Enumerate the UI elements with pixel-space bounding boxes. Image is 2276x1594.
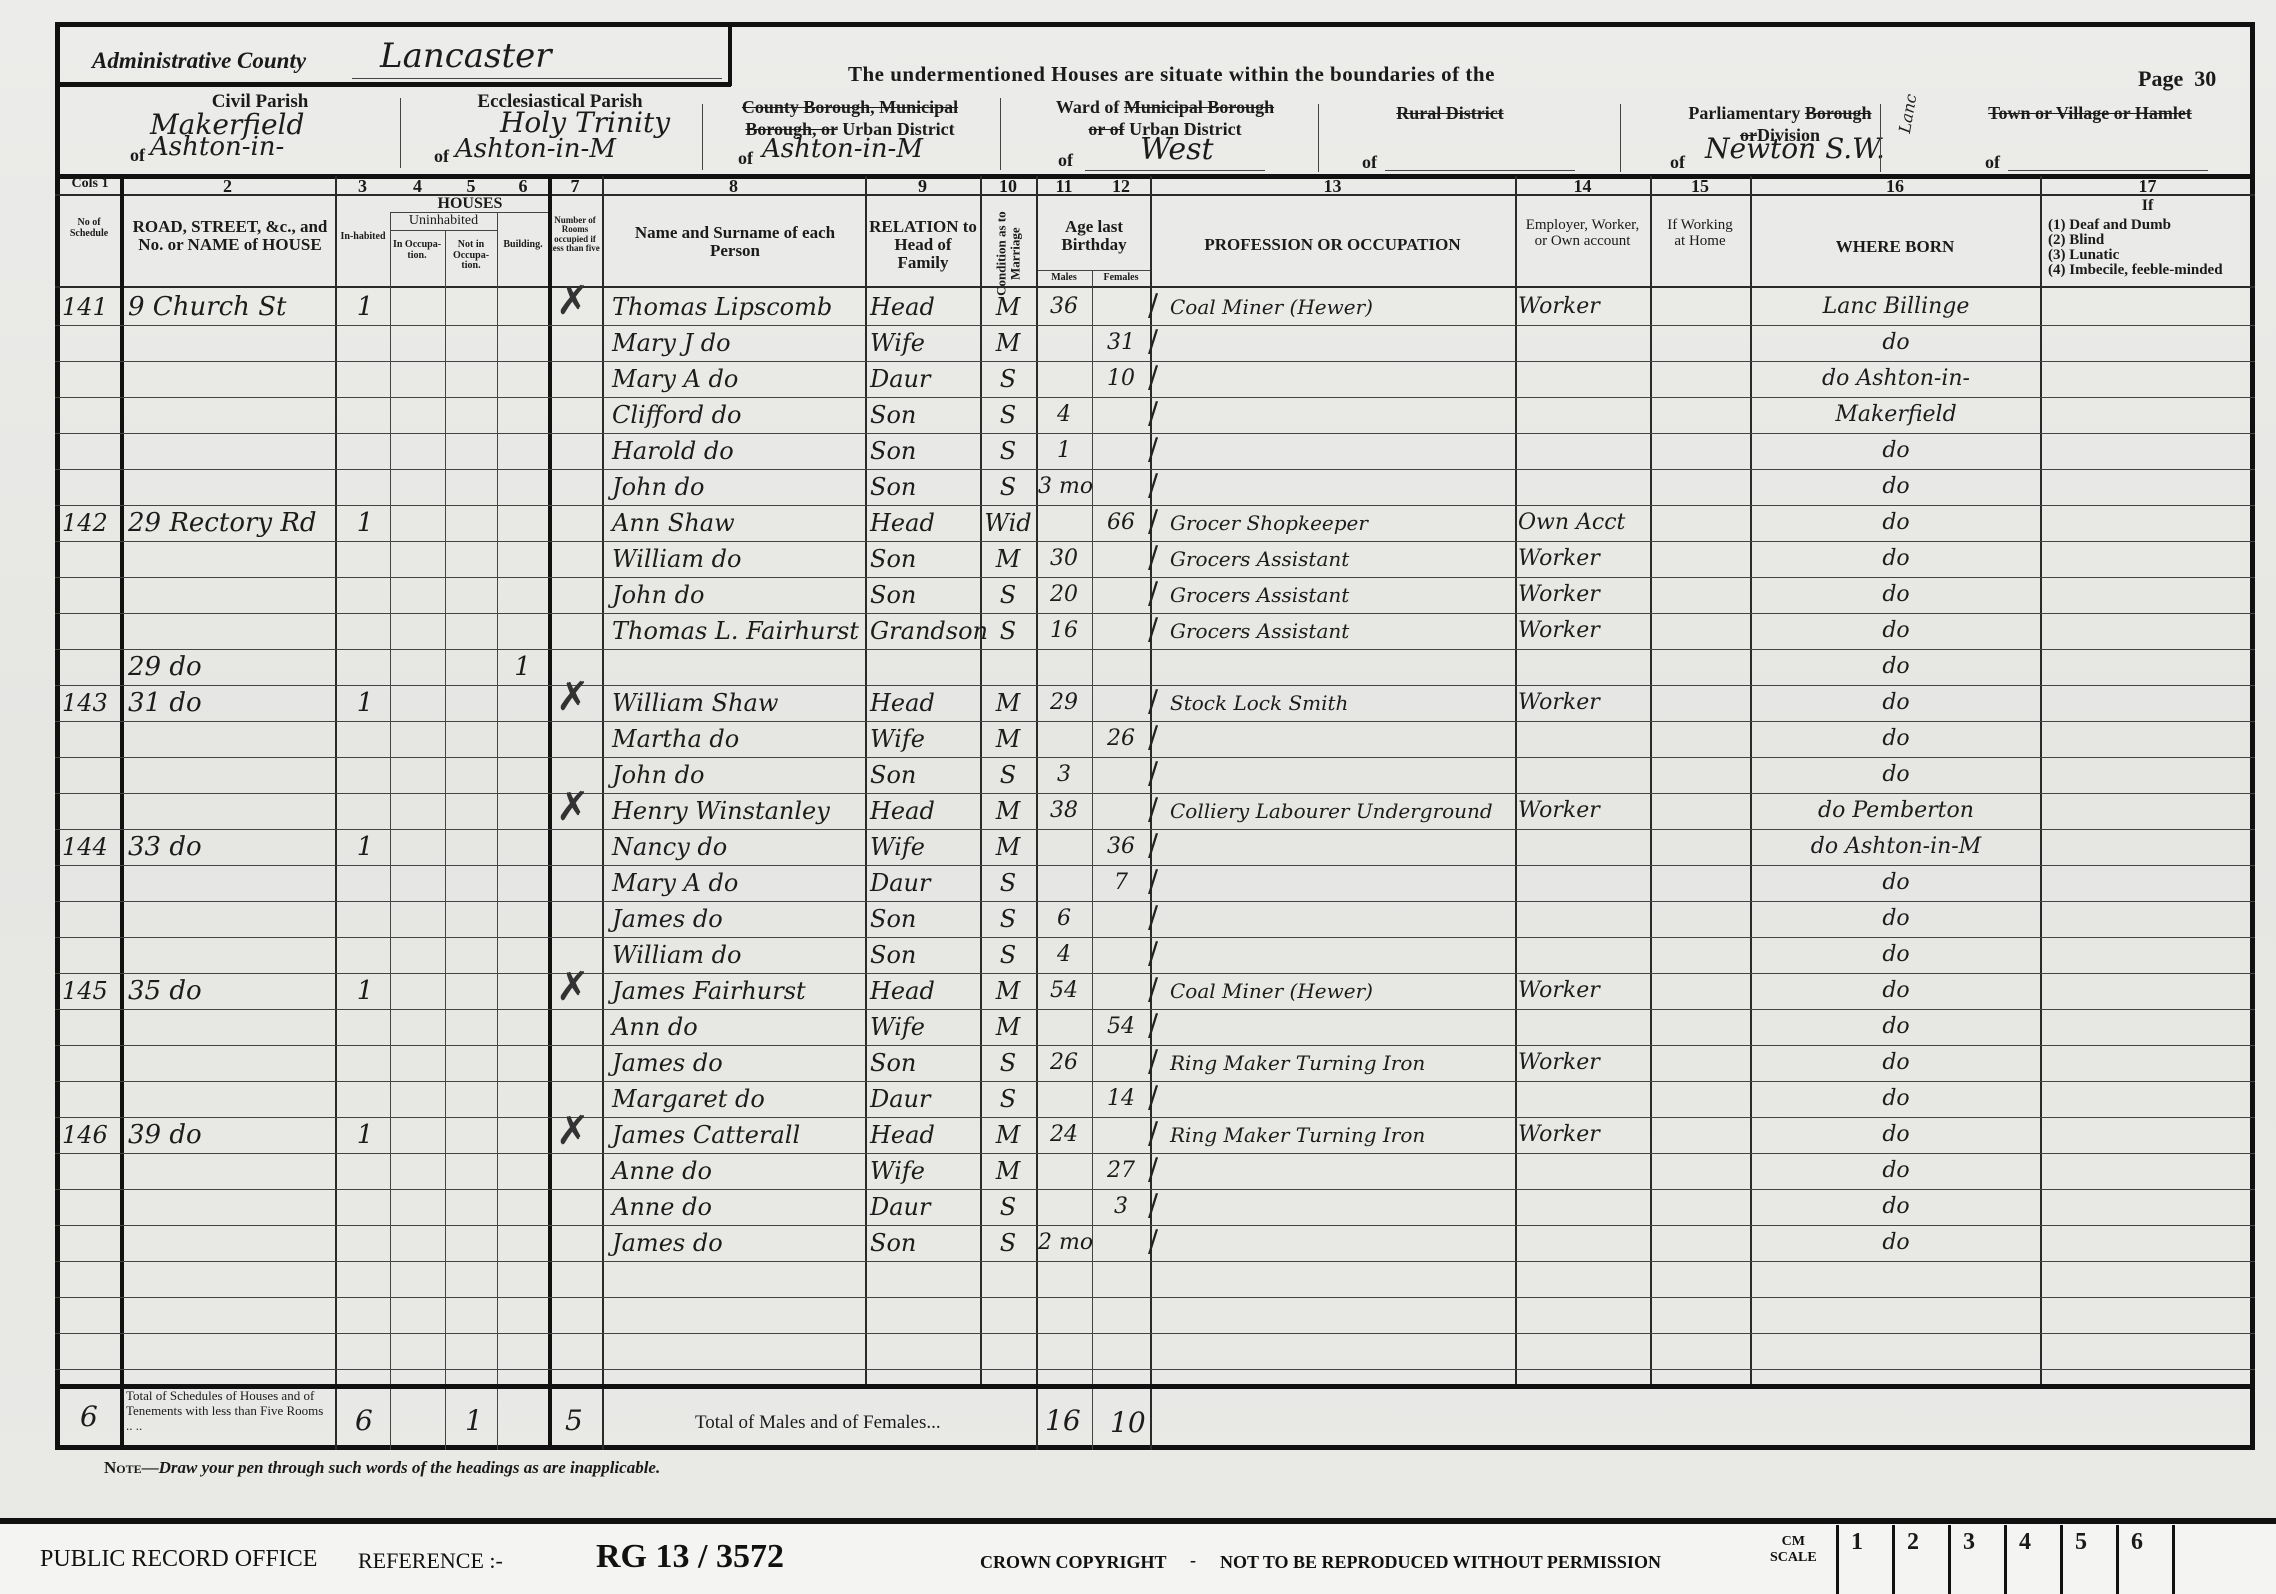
divider	[702, 104, 703, 170]
cell-name: Harold do	[612, 434, 864, 468]
cell-employment	[1518, 362, 1648, 396]
page-label: Page 30	[2138, 66, 2216, 92]
col-6-header: Building.	[498, 240, 548, 251]
tick-mark-icon: /	[1148, 288, 1158, 323]
tick-mark-icon: /	[1148, 972, 1158, 1007]
cell-born: do	[1755, 1226, 2037, 1260]
footer-reference-value: RG 13 / 3572	[596, 1538, 784, 1576]
tick-mark-icon: /	[1148, 720, 1158, 755]
cell-age-f	[1094, 578, 1148, 612]
tick-mark-icon: /	[1148, 1080, 1158, 1115]
cell-uninhab-not	[500, 1082, 545, 1116]
cell-condition: S	[982, 434, 1034, 468]
col-15-header: If Working at Home	[1665, 218, 1735, 250]
cell-born: Lanc Billinge	[1755, 290, 2037, 324]
cell-occupation: Coal Miner (Hewer)	[1170, 974, 1512, 1008]
cell-name: Mary J do	[612, 326, 864, 360]
cell-age-f	[1094, 794, 1148, 828]
cell-address: 29 Rectory Rd	[128, 506, 333, 540]
cell-age-f: 3	[1094, 1190, 1148, 1224]
cell-condition: S	[982, 902, 1034, 936]
row-rule	[55, 1261, 2255, 1262]
row-rule	[55, 649, 2255, 650]
cell-age-f	[1094, 434, 1148, 468]
cell-inhabited	[345, 722, 385, 756]
cell-condition: M	[982, 1010, 1034, 1044]
row-rule	[55, 505, 2255, 506]
cell-age-m: 16	[1038, 614, 1090, 648]
census-page: Administrative County Lancaster The unde…	[0, 0, 2276, 1520]
cell-schedule: 145	[62, 974, 120, 1008]
cell-born: do	[1755, 902, 2037, 936]
cell-age-m: 20	[1038, 578, 1090, 612]
cell-born: do Pemberton	[1755, 794, 2037, 828]
cell-relation: Son	[870, 470, 978, 504]
cell-age-f: 31	[1094, 326, 1148, 360]
cell-relation: Head	[870, 290, 978, 324]
footer-permission: NOT TO BE REPRODUCED WITHOUT PERMISSION	[1220, 1552, 1661, 1573]
tick-mark-icon: /	[1148, 540, 1158, 575]
cell-condition: S	[982, 1190, 1034, 1224]
cell-condition: S	[982, 1046, 1034, 1080]
col-1-header: No of Schedule	[60, 218, 118, 239]
cell-condition: M	[982, 722, 1034, 756]
tick-mark-icon: /	[1148, 324, 1158, 359]
admin-county-underline	[352, 78, 722, 79]
cell-uninhab-not	[500, 1118, 545, 1152]
cell-name: James do	[612, 902, 864, 936]
ward-of: of	[1058, 150, 1073, 171]
cell-age-m	[1038, 506, 1090, 540]
cell-born: do Ashton-in-	[1755, 362, 2037, 396]
cell-born: do	[1755, 1154, 2037, 1188]
cell-age-f: 66	[1094, 506, 1148, 540]
cell-age-f	[1094, 1226, 1148, 1260]
total-schedules: 6	[80, 1400, 98, 1433]
col-12-header: Females	[1092, 273, 1150, 284]
row-rule	[55, 721, 2255, 722]
admin-county-box-bottom	[55, 82, 731, 87]
cell-address: 9 Church St	[128, 290, 333, 324]
cell-age-m: 6	[1038, 902, 1090, 936]
col-17-title: If	[2040, 198, 2255, 215]
cell-age-f	[1094, 470, 1148, 504]
row-rule	[55, 757, 2255, 758]
cell-address: 31 do	[128, 686, 333, 720]
cell-occupation: Grocers Assistant	[1170, 578, 1512, 612]
cell-relation: Son	[870, 542, 978, 576]
cell-occupation	[1170, 1226, 1512, 1260]
row-rule	[55, 433, 2255, 434]
cell-uninhab-not	[500, 938, 545, 972]
cell-age-f	[1094, 1118, 1148, 1152]
cell-inhabited	[345, 1190, 385, 1224]
cell-born: do	[1755, 938, 2037, 972]
cell-employment: Worker	[1518, 1118, 1648, 1152]
cell-occupation: Stock Lock Smith	[1170, 686, 1512, 720]
cell-name: William do	[612, 938, 864, 972]
cell-relation: Head	[870, 794, 978, 828]
cell-relation: Daur	[870, 1082, 978, 1116]
divider	[1620, 104, 1621, 172]
col-8-header: Name and Surname of each Person	[630, 224, 840, 260]
intro-text: The undermentioned Houses are situate wi…	[848, 62, 1495, 87]
cell-age-f	[1094, 1046, 1148, 1080]
cell-occupation	[1170, 434, 1512, 468]
cell-age-f	[1094, 614, 1148, 648]
cell-condition: S	[982, 578, 1034, 612]
tally-cross-icon: ✗	[556, 1108, 590, 1154]
cell-condition: M	[982, 1154, 1034, 1188]
cell-schedule	[62, 326, 120, 360]
tick-mark-icon: /	[1148, 684, 1158, 719]
cell-name: James Catterall	[612, 1118, 864, 1152]
grid-col	[2040, 176, 2042, 1386]
tick-mark-icon: /	[1148, 900, 1158, 935]
cell-uninhab-not	[500, 830, 545, 864]
row-rule	[55, 1153, 2255, 1154]
cell-schedule	[62, 578, 120, 612]
cell-schedule	[62, 1010, 120, 1044]
cell-condition: M	[982, 290, 1034, 324]
cell-uninhab-not	[500, 614, 545, 648]
cell-uninhab-not: 1	[500, 650, 545, 684]
scale-mark-label: 6	[2131, 1529, 2143, 1556]
cell-condition: M	[982, 794, 1034, 828]
cell-uninhab-not	[500, 722, 545, 756]
tick-mark-icon: /	[1148, 756, 1158, 791]
cell-age-m	[1038, 1190, 1090, 1224]
cell-schedule	[62, 470, 120, 504]
cell-name: Thomas L. Fairhurst	[612, 614, 864, 648]
cell-relation	[870, 650, 978, 684]
cell-inhabited	[345, 1154, 385, 1188]
cell-uninhab-not	[500, 758, 545, 792]
cell-address	[128, 866, 333, 900]
cell-occupation: Grocers Assistant	[1170, 542, 1512, 576]
cell-employment	[1518, 650, 1648, 684]
cell-address	[128, 470, 333, 504]
cell-born: Makerfield	[1755, 398, 2037, 432]
cell-occupation: Coal Miner (Hewer)	[1170, 290, 1512, 324]
tick-mark-icon: /	[1148, 1044, 1158, 1079]
row-rule	[55, 1297, 2255, 1298]
cell-uninhab-not	[500, 362, 545, 396]
col-11-header: Males	[1036, 273, 1092, 284]
scale-mark: 6	[2116, 1525, 2175, 1594]
cell-employment: Own Acct	[1518, 506, 1648, 540]
cell-inhabited	[345, 1010, 385, 1044]
cell-condition: S	[982, 362, 1034, 396]
cell-address	[128, 326, 333, 360]
uninhabited-rule	[390, 230, 497, 231]
col-2-header: ROAD, STREET, &c., and No. or NAME of HO…	[125, 218, 335, 254]
cell-born: do	[1755, 722, 2037, 756]
cell-condition: M	[982, 974, 1034, 1008]
cell-age-m: 3	[1038, 758, 1090, 792]
cell-inhabited: 1	[345, 830, 385, 864]
cell-born: do	[1755, 758, 2037, 792]
cell-age-f	[1094, 290, 1148, 324]
cell-age-f	[1094, 902, 1148, 936]
grid-col	[335, 176, 337, 1450]
cell-age-f: 10	[1094, 362, 1148, 396]
parl-label-1a: Parliamentary	[1688, 103, 1800, 123]
cell-age-f	[1094, 974, 1148, 1008]
cell-age-m: 26	[1038, 1046, 1090, 1080]
cell-employment: Worker	[1518, 290, 1648, 324]
cell-schedule	[62, 722, 120, 756]
cell-inhabited	[345, 866, 385, 900]
tally-cross-icon: ✗	[556, 964, 590, 1010]
cell-occupation: Grocer Shopkeeper	[1170, 506, 1512, 540]
scale-mark-label: 5	[2075, 1529, 2087, 1556]
cell-uninhab-not	[500, 794, 545, 828]
row-rule	[55, 1081, 2255, 1082]
footnote-prefix: Note—	[104, 1458, 159, 1477]
col-5-header: Not in Occupa-tion.	[447, 240, 495, 272]
tick-mark-icon: /	[1148, 1224, 1158, 1259]
cell-inhabited	[345, 362, 385, 396]
cell-relation: Son	[870, 938, 978, 972]
cell-schedule	[62, 866, 120, 900]
town-of: of	[1985, 152, 2000, 173]
tick-mark-icon: /	[1148, 936, 1158, 971]
cell-inhabited	[345, 1082, 385, 1116]
cell-uninhab-not	[500, 398, 545, 432]
cell-condition	[982, 650, 1034, 684]
cell-schedule: 146	[62, 1118, 120, 1152]
cell-address	[128, 398, 333, 432]
cell-schedule	[62, 902, 120, 936]
cell-inhabited: 1	[345, 686, 385, 720]
cell-born: do	[1755, 326, 2037, 360]
row-rule	[55, 613, 2255, 614]
cell-employment	[1518, 398, 1648, 432]
cell-address	[128, 1010, 333, 1044]
cell-inhabited: 1	[345, 506, 385, 540]
cell-age-m: 4	[1038, 398, 1090, 432]
row-rule	[55, 901, 2255, 902]
cell-age-f	[1094, 542, 1148, 576]
col-9-header: RELATION to Head of Family	[868, 218, 978, 272]
footer-reference-label: REFERENCE :-	[358, 1548, 503, 1574]
cell-schedule: 144	[62, 830, 120, 864]
col-16-header: WHERE BORN	[1750, 238, 2040, 256]
cell-employment: Worker	[1518, 1046, 1648, 1080]
cell-born: do	[1755, 1190, 2037, 1224]
tick-mark-icon: /	[1148, 1008, 1158, 1043]
row-rule	[55, 1045, 2255, 1046]
cell-uninhab-not	[500, 470, 545, 504]
footer-office: PUBLIC RECORD OFFICE	[40, 1546, 317, 1573]
col-17-list: (1) Deaf and Dumb (2) Blind (3) Lunatic …	[2048, 218, 2223, 278]
cell-relation: Head	[870, 974, 978, 1008]
cell-employment	[1518, 1226, 1648, 1260]
county-borough-label-1: County Borough, Municipal	[720, 98, 980, 117]
col-14-header: Employer, Worker, or Own account	[1520, 218, 1645, 250]
cell-employment	[1518, 866, 1648, 900]
cell-inhabited	[345, 470, 385, 504]
cell-schedule	[62, 650, 120, 684]
row-rule	[55, 793, 2255, 794]
cell-employment	[1518, 470, 1648, 504]
cell-employment: Worker	[1518, 614, 1648, 648]
cell-name: Mary A do	[612, 362, 864, 396]
cell-age-f: 27	[1094, 1154, 1148, 1188]
cell-condition: M	[982, 326, 1034, 360]
cell-inhabited	[345, 1226, 385, 1260]
cell-occupation	[1170, 722, 1512, 756]
divider	[1318, 104, 1319, 172]
cell-employment	[1518, 1010, 1648, 1044]
cell-employment	[1518, 758, 1648, 792]
admin-county-label: Administrative County	[92, 48, 306, 74]
cell-uninhab-not	[500, 902, 545, 936]
cell-occupation	[1170, 830, 1512, 864]
cell-born: do Ashton-in-M	[1755, 830, 2037, 864]
scale-label: CM SCALE	[1770, 1534, 1817, 1566]
cell-uninhab-not	[500, 1154, 545, 1188]
cell-name	[612, 650, 864, 684]
total-males: 16	[1045, 1404, 1081, 1437]
tick-mark-icon: /	[1148, 468, 1158, 503]
eccl-parish-of: of	[434, 146, 449, 167]
cell-age-m	[1038, 866, 1090, 900]
row-rule	[55, 865, 2255, 866]
cell-condition: M	[982, 1118, 1034, 1152]
col-13-header: PROFESSION OR OCCUPATION	[1150, 236, 1515, 254]
col-17-item: (3) Lunatic	[2048, 248, 2223, 263]
cell-age-m	[1038, 650, 1090, 684]
cell-inhabited	[345, 1046, 385, 1080]
cell-address	[128, 938, 333, 972]
page-number: 30	[2194, 66, 2216, 91]
cell-inhabited	[345, 938, 385, 972]
scale-mark-label: 3	[1963, 1529, 1975, 1556]
totals-top-rule	[55, 1384, 2255, 1389]
col-17-item: (1) Deaf and Dumb	[2048, 218, 2223, 233]
scale-mark: 3	[1948, 1525, 2007, 1594]
tick-mark-icon: /	[1148, 1116, 1158, 1151]
cell-relation: Son	[870, 1226, 978, 1260]
row-rule	[55, 541, 2255, 542]
cell-age-f	[1094, 758, 1148, 792]
cell-condition: S	[982, 866, 1034, 900]
ward-value: West	[1140, 132, 1214, 167]
cell-age-m	[1038, 1154, 1090, 1188]
admin-county-value: Lancaster	[380, 36, 552, 76]
col-17-item: (4) Imbecile, feeble-minded	[2048, 263, 2223, 278]
cell-relation: Son	[870, 1046, 978, 1080]
cell-address	[128, 434, 333, 468]
cell-uninhab-not	[500, 290, 545, 324]
cell-occupation: Ring Maker Turning Iron	[1170, 1046, 1512, 1080]
cell-name: Martha do	[612, 722, 864, 756]
totals-label: Total of Schedules of Houses and of Tene…	[126, 1388, 326, 1433]
total-inhabited: 6	[355, 1404, 373, 1437]
cell-age-m: 30	[1038, 542, 1090, 576]
cell-inhabited: 1	[345, 290, 385, 324]
cell-schedule	[62, 1154, 120, 1188]
cell-uninhab-not	[500, 1226, 545, 1260]
parl-label-1b: Borough	[1805, 103, 1872, 123]
cell-age-m: 4	[1038, 938, 1090, 972]
uninhabited-header: Uninhabited	[390, 214, 497, 229]
cell-name: Thomas Lipscomb	[612, 290, 864, 324]
town-underline	[2008, 170, 2208, 171]
cell-inhabited	[345, 650, 385, 684]
cell-born: do	[1755, 1118, 2037, 1152]
page-label-text: Page	[2138, 66, 2183, 91]
cell-inhabited	[345, 326, 385, 360]
civil-parish-of: of	[130, 145, 145, 166]
cell-occupation	[1170, 326, 1512, 360]
cell-age-m: 2 mo	[1038, 1226, 1090, 1260]
tick-mark-icon: /	[1148, 432, 1158, 467]
cell-occupation	[1170, 362, 1512, 396]
civil-parish-value-2: Ashton-in-	[150, 132, 284, 162]
cell-inhabited	[345, 434, 385, 468]
cell-age-f: 7	[1094, 866, 1148, 900]
cell-relation: Son	[870, 758, 978, 792]
cell-uninhab-not	[500, 866, 545, 900]
scale-label-1: CM	[1770, 1534, 1817, 1550]
tally-cross-icon: ✗	[556, 278, 590, 324]
cell-age-m: 3 mo	[1038, 470, 1090, 504]
cell-relation: Head	[870, 686, 978, 720]
cell-relation: Daur	[870, 362, 978, 396]
cell-employment	[1518, 830, 1648, 864]
footnote: Note—Draw your pen through such words of…	[104, 1458, 660, 1478]
col-3-header: In-habited	[338, 232, 388, 243]
cell-name: John do	[612, 758, 864, 792]
cell-age-f: 36	[1094, 830, 1148, 864]
eccl-parish-value-2: Ashton-in-M	[455, 134, 616, 164]
cell-address: 29 do	[128, 650, 333, 684]
ward-label-1a: Ward of	[1056, 97, 1120, 117]
cell-schedule	[62, 1082, 120, 1116]
cell-name: James do	[612, 1046, 864, 1080]
row-rule	[55, 685, 2255, 686]
cell-employment	[1518, 722, 1648, 756]
cell-inhabited	[345, 542, 385, 576]
rural-of: of	[1362, 152, 1377, 173]
row-rule	[55, 397, 2255, 398]
cell-inhabited	[345, 398, 385, 432]
age-rule	[1036, 270, 1150, 271]
cell-name: John do	[612, 578, 864, 612]
row-rule	[55, 1189, 2255, 1190]
cell-uninhab-not	[500, 1190, 545, 1224]
cell-relation: Wife	[870, 830, 978, 864]
cell-uninhab-not	[500, 506, 545, 540]
cell-uninhab-not	[500, 542, 545, 576]
cell-uninhab-not	[500, 974, 545, 1008]
tick-mark-icon: /	[1148, 396, 1158, 431]
cell-relation: Son	[870, 578, 978, 612]
col-17-item: (2) Blind	[2048, 233, 2223, 248]
cell-name: John do	[612, 470, 864, 504]
cell-condition: S	[982, 758, 1034, 792]
cell-relation: Wife	[870, 326, 978, 360]
cell-address	[128, 578, 333, 612]
cell-employment: Worker	[1518, 578, 1648, 612]
cell-address	[128, 758, 333, 792]
cell-born: do	[1755, 542, 2037, 576]
cell-born: do	[1755, 578, 2037, 612]
cell-relation: Head	[870, 1118, 978, 1152]
